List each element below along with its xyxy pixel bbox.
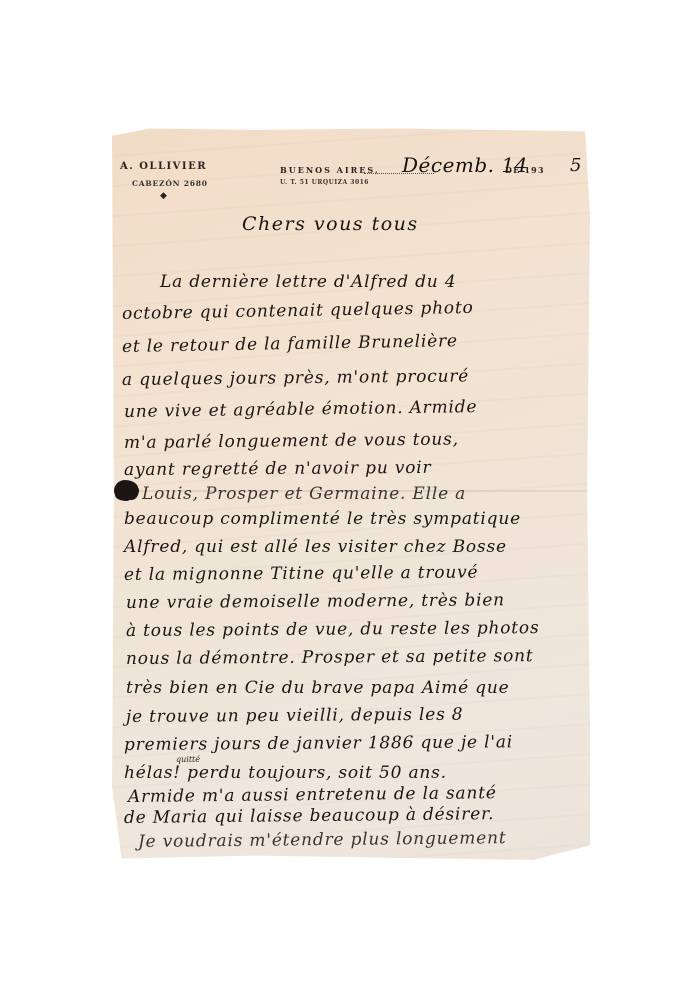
- letter-line: a quelques jours près, m'ont procuré: [122, 366, 469, 390]
- letter-body: La dernière lettre d'Alfred du 4 octobre…: [112, 127, 590, 860]
- letter-line: Armide m'a aussi entretenu de la santé: [128, 783, 497, 807]
- letter-line: Alfred, qui est allé les visiter chez Bo…: [124, 537, 507, 557]
- letter-line: m'a parlé longuement de vous tous,: [124, 429, 459, 453]
- letter-sheet: A. OLLIVIER CABEZÓN 2680 ◆ BUENOS AIRES,…: [112, 127, 590, 860]
- letter-line: premiers jours de janvier 1886 que je l'…: [124, 732, 513, 755]
- letter-line: hélas! perdu toujours, soit 50 ans.: [124, 763, 447, 783]
- letter-line: nous la démontre. Prosper et sa petite s…: [126, 646, 534, 669]
- letter-line: Je voudrais m'étendre plus longuement: [138, 828, 507, 852]
- letter-line: beaucoup complimenté le très sympatique: [124, 509, 521, 529]
- letter-line: ayant regretté de n'avoir pu voir: [124, 458, 432, 480]
- letter-line: très bien en Cie du brave papa Aimé que: [126, 678, 509, 698]
- letter-line: octobre qui contenait quelques photo: [122, 298, 474, 324]
- letter-line: je trouve un peu vieilli, depuis les 8: [126, 705, 464, 727]
- letter-line: une vive et agréable émotion. Armide: [124, 397, 478, 422]
- letter-line: Louis, Prosper et Germaine. Elle a: [142, 484, 466, 504]
- letter-line: et la mignonne Titine qu'elle a trouvé: [124, 563, 479, 585]
- letter-line: à tous les points de vue, du reste les p…: [126, 618, 540, 641]
- letter-line: et le retour de la famille Brunelière: [122, 331, 458, 357]
- letter-line: une vraie demoiselle moderne, très bien: [126, 590, 505, 613]
- letter-line: de Maria qui laisse beaucoup à désirer.: [124, 804, 494, 828]
- letter-line: La dernière lettre d'Alfred du 4: [160, 272, 456, 292]
